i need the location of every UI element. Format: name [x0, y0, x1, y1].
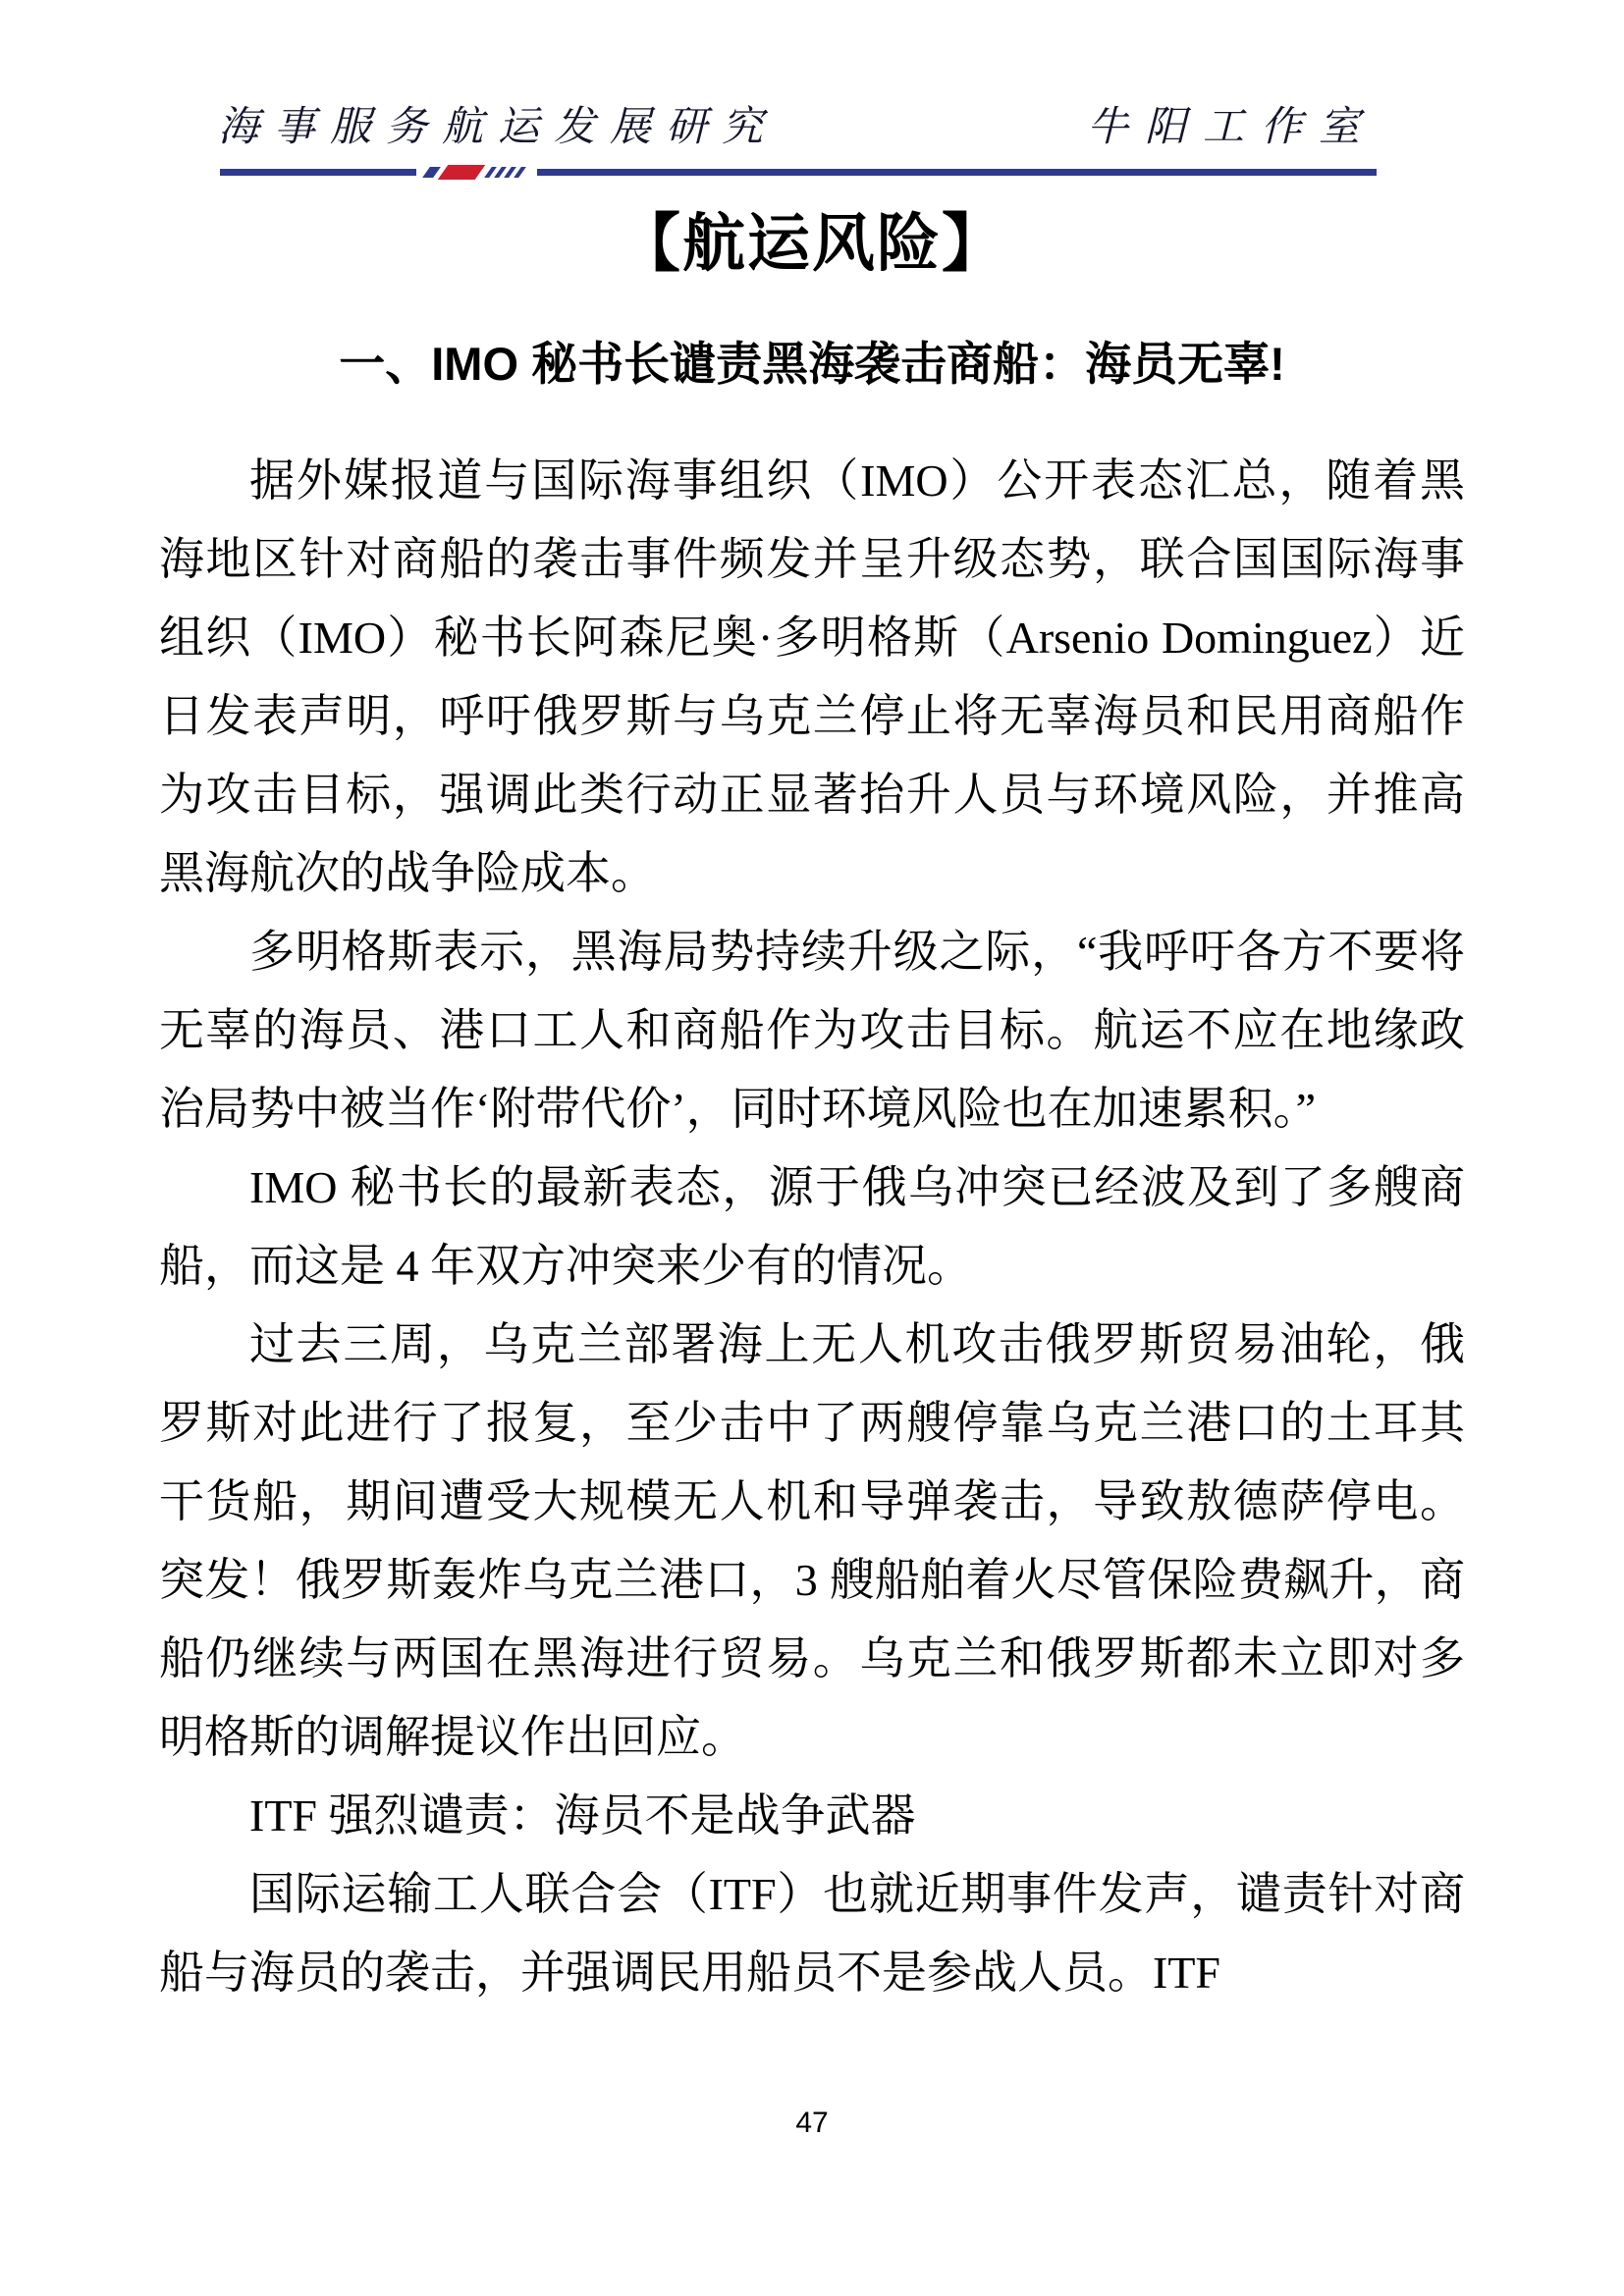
body-paragraph: 多明格斯表示，黑海局势持续升级之际，“我呼吁各方不要将无辜的海员、港口工人和商船…: [159, 913, 1465, 1148]
header-rule: [220, 169, 1377, 176]
section-heading: 一、IMO 秘书长谴责黑海袭击商船：海员无辜!: [0, 334, 1624, 395]
ornament-red-piece: [438, 165, 486, 180]
ornament-stripe: [514, 167, 526, 178]
page-footer: 47: [0, 2107, 1624, 2140]
header-rule-ornament: [416, 164, 537, 181]
header-left-title: 海事服务航运发展研究: [218, 94, 778, 153]
body-paragraph: ITF 强烈谴责：海员不是战争武器: [159, 1777, 1465, 1855]
page-header: 海事服务航运发展研究 牛阳工作室: [218, 94, 1377, 153]
body-paragraph: IMO 秘书长的最新表态，源于俄乌冲突已经波及到了多艘商船，而这是 4 年双方冲…: [159, 1148, 1465, 1306]
ornament-navy-piece: [422, 167, 441, 178]
article-body: 据外媒报道与国际海事组织（IMO）公开表态汇总，随着黑海地区针对商船的袭击事件频…: [159, 442, 1465, 2012]
page-number: 47: [795, 2107, 828, 2139]
page-title: 【航运风险】: [0, 199, 1624, 288]
header-right-title: 牛阳工作室: [1087, 94, 1377, 153]
body-paragraph: 据外媒报道与国际海事组织（IMO）公开表态汇总，随着黑海地区针对商船的袭击事件频…: [159, 442, 1465, 913]
body-paragraph: 国际运输工人联合会（ITF）也就近期事件发声，谴责针对商船与海员的袭击，并强调民…: [159, 1855, 1465, 2012]
document-page: 海事服务航运发展研究 牛阳工作室 【航运风险】 一、IMO 秘书长谴责黑海袭击商…: [0, 0, 1624, 2296]
body-paragraph: 过去三周，乌克兰部署海上无人机攻击俄罗斯贸易油轮，俄罗斯对此进行了报复，至少击中…: [159, 1306, 1465, 1777]
